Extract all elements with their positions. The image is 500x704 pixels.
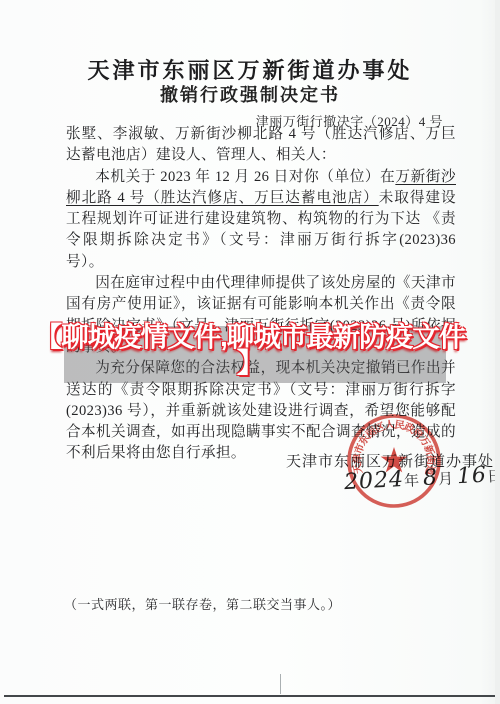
scan-right-shade bbox=[495, 0, 500, 704]
official-seal: 天津市东丽区人民政府万新街道办事处 bbox=[324, 391, 464, 531]
doc-subtitle: 撤销行政强制决定书 bbox=[10, 81, 490, 107]
footnote: （一式两联，第一联存卷，第二联交当事人。） bbox=[64, 594, 341, 613]
scan-artifact-line bbox=[280, 674, 281, 694]
body-paragraph: 本机关于 2023 年 12 月 26 日对你（单位）在万新街沙柳北路 4 号（… bbox=[66, 167, 456, 273]
scanned-document-page: 天津市东丽区万新街道办事处 撤销行政强制决定书 津丽万街行撤决字（2024）4 … bbox=[0, 0, 500, 704]
paragraph-text: 张墅、李淑敏、万新街沙柳北路 4 号（胜达汽修店、万巨达蓄电池店）建设人、管理人… bbox=[66, 126, 456, 163]
paragraph-text: 本机关于 2023 年 12 月 26 日对你（单位）在 bbox=[95, 169, 395, 185]
overlay-text-line2: 】 bbox=[0, 348, 500, 377]
overlay-watermark: 【聊城疫情文件,聊城市最新防疫文件 】 bbox=[0, 322, 500, 377]
seal-star-icon bbox=[381, 447, 408, 472]
scan-edge-line bbox=[4, 695, 500, 697]
body-paragraph: 张墅、李淑敏、万新街沙柳北路 4 号（胜达汽修店、万巨达蓄电池店）建设人、管理人… bbox=[66, 124, 456, 167]
